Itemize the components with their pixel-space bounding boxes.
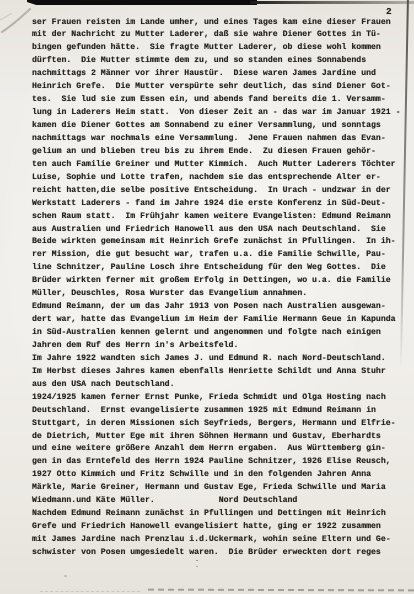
- scan-artifact-smudge: [196, 560, 198, 567]
- text-line: de Dietrich, Mutter Ege mit ihren Söhnen…: [32, 431, 410, 444]
- text-line: Grefe und Friedrich Hanowell evangelisie…: [32, 521, 410, 534]
- text-line: schwister von Posen umgesiedelt waren. D…: [32, 547, 410, 560]
- scan-artifact-bottom-noise: [148, 589, 414, 592]
- text-line: lung in Laderers Heim statt. Von dieser …: [32, 107, 410, 120]
- text-line: Beide wirkten gemeinsam mit Heinrich Gre…: [32, 236, 410, 249]
- text-line: nachmittags 2 Männer vor ihrer Haustür. …: [32, 68, 410, 81]
- text-line: aus den USA nach Deutschland.: [32, 379, 410, 392]
- text-line: in Süd-Australien kennen gelernt und ang…: [32, 327, 410, 340]
- text-line: Edmund Reimann, der um das Jahr 1913 von…: [32, 301, 410, 314]
- text-line: Im Herbst dieses Jahres kamen ebenfalls …: [32, 366, 410, 379]
- scan-artifact-top-edge-fade: [250, 1, 414, 4]
- text-line: Werkstatt Laderers - fand im Jahre 1924 …: [32, 198, 410, 211]
- text-line: ser Frauen reisten im Lande umher, und e…: [32, 17, 410, 30]
- text-line: Märkle, Marie Greiner, Hermann und Gusta…: [32, 482, 410, 495]
- text-line: aus Australien und Friedrich Hanowell au…: [32, 224, 410, 237]
- text-line: Brüder wirkten ferner mit großem Erfolg …: [32, 275, 410, 288]
- text-line: 1927 Otto Kimmich und Fritz Schwille und…: [32, 469, 410, 482]
- text-line: Im Jahre 1922 wandten sich James J. und …: [32, 353, 410, 366]
- text-line: Heinrich Grefe. Die Mutter verspürte seh…: [32, 81, 410, 94]
- text-line: dürften. Die Mutter stimmte dem zu, und …: [32, 55, 410, 68]
- scanned-page: 2 ser Frauen reisten im Lande umher, und…: [0, 0, 414, 594]
- text-line: mit James Jardine nach Prenzlau i.d.Ucke…: [32, 534, 410, 547]
- text-line: 1924/1925 kamen ferner Ernst Punke, Frie…: [32, 392, 410, 405]
- scan-artifact-bottom-noise: [40, 591, 140, 592]
- text-line: gen in das Erntefeld des Herrn 1924 Paul…: [32, 456, 410, 469]
- scan-artifact-top-edge: [27, 0, 257, 5]
- text-line: Müller, Deuschles, Rosa Wurster das Evan…: [32, 288, 410, 301]
- text-line: Deutschland. Ernst evangelisierte zusamm…: [32, 405, 410, 418]
- text-line: bingen gefunden hätte. Sie fragte Mutter…: [32, 42, 410, 55]
- text-line: nachmittags war nochmals eine Versammlun…: [32, 133, 410, 146]
- page-number: 2: [386, 6, 392, 17]
- text-line: ten auch Familie Greiner und Mutter Kimm…: [32, 159, 410, 172]
- text-line: Nachdem Edmund Reimann zunächst in Pfull…: [32, 508, 410, 521]
- text-line: line Schnitzer, Pauline Losch ihre Entsc…: [32, 262, 410, 275]
- text-line: kamen die Diener Gottes am Sonnabend zu …: [32, 120, 410, 133]
- text-line: schen Raum statt. Im Frühjahr kamen weit…: [32, 211, 410, 224]
- text-line: reicht hatten,die selbe positive Entsche…: [32, 185, 410, 198]
- scan-artifact-smudge: [64, 575, 67, 577]
- text-line: Stuttgart, in deren Missionen sich Seyfr…: [32, 418, 410, 431]
- document-body: ser Frauen reisten im Lande umher, und e…: [32, 17, 410, 560]
- text-line: Wiedmann.und Käte Müller. Nord Deutschla…: [32, 495, 410, 508]
- text-line: und eine weitere größere Anzahl dem Herr…: [32, 443, 410, 456]
- text-line: rer Mission, die gut besucht war, trafen…: [32, 249, 410, 262]
- text-line: mit der Nachricht zu Mutter Laderer, daß…: [32, 29, 410, 42]
- text-line: gelium an und blieben treu bis zu ihrem …: [32, 146, 410, 159]
- text-line: Jahren dem Ruf des Herrn in's Arbeitsfel…: [32, 340, 410, 353]
- text-line: dert war, hatte das Evangelium im Heim d…: [32, 314, 410, 327]
- text-line: Luise, Sophie und Lotte trafen, nachdem …: [32, 172, 410, 185]
- text-line: tes. Sie lud sie zum Essen ein, und aben…: [32, 94, 410, 107]
